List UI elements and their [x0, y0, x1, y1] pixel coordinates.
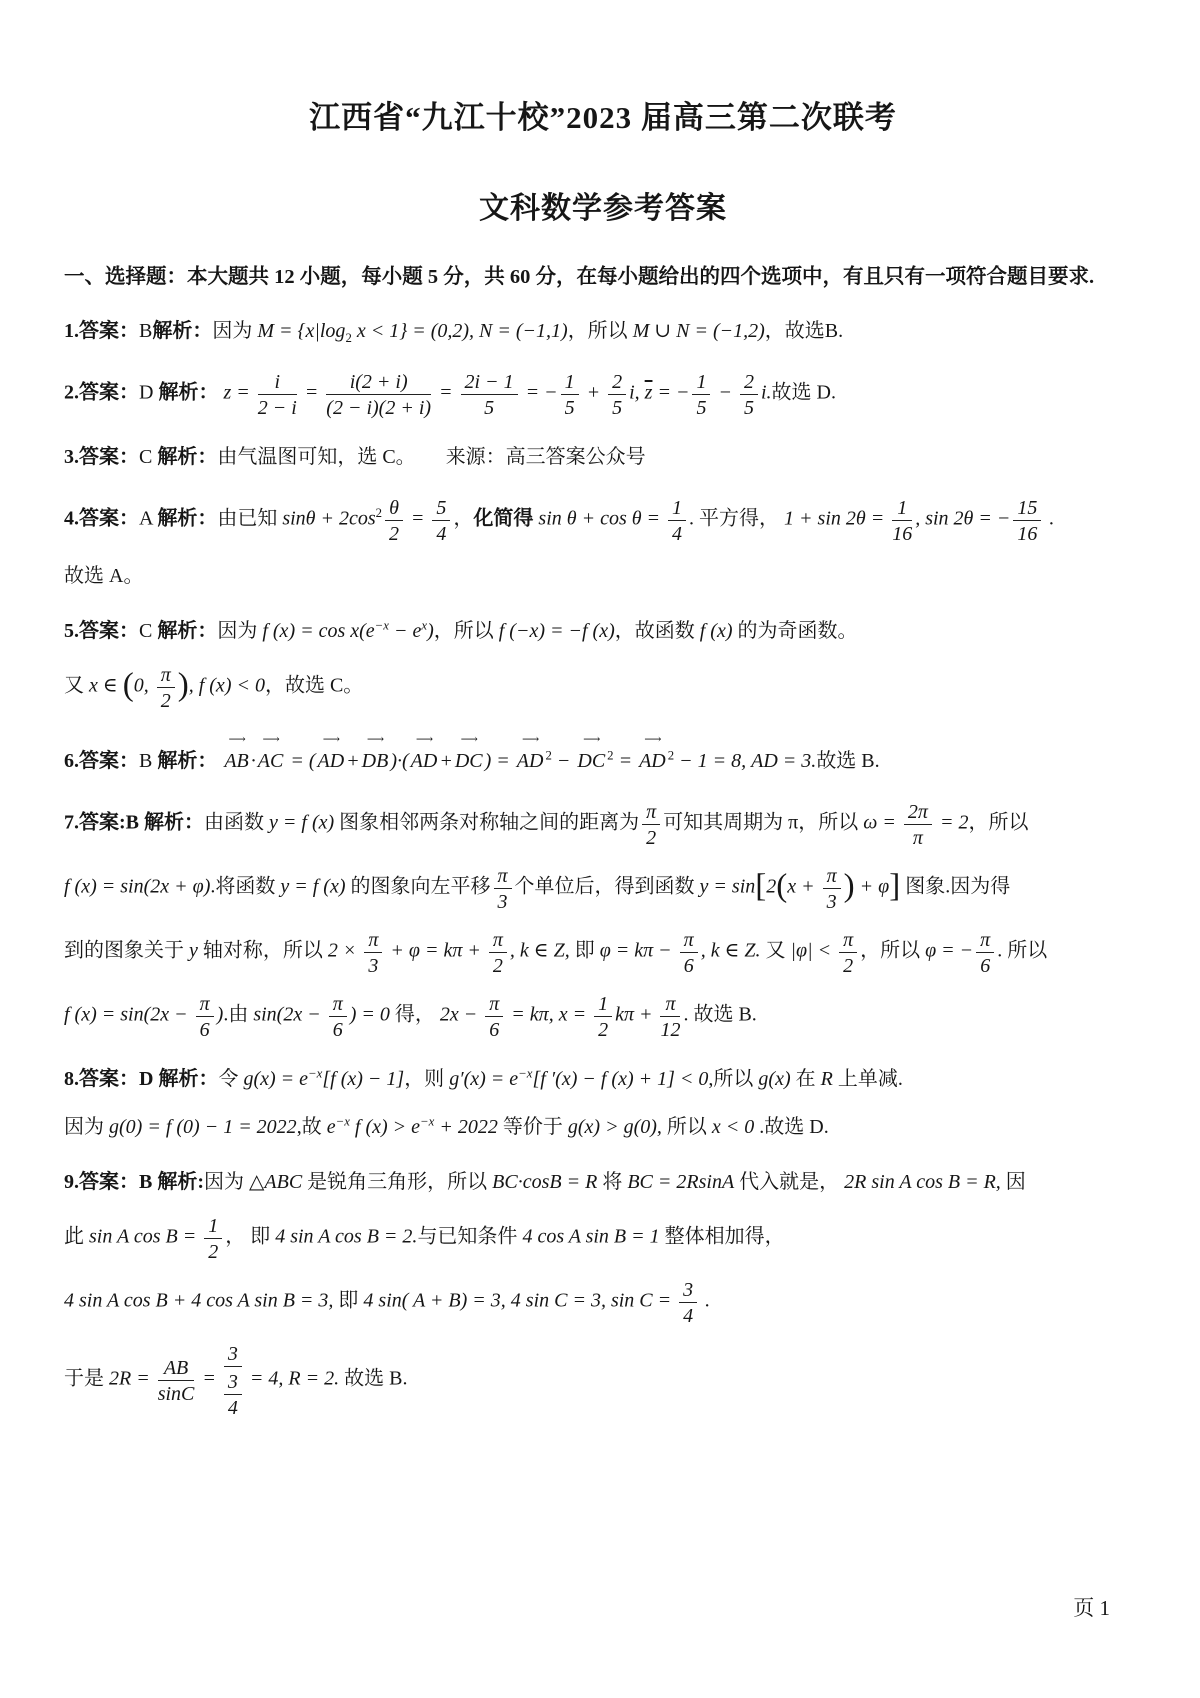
- frac-num: 15: [1013, 497, 1041, 522]
- text-run: ，故函数: [615, 620, 700, 642]
- item-label: 8.答案：: [64, 1068, 139, 1090]
- frac: 15: [692, 371, 710, 419]
- text-run: ,所以: [708, 1068, 758, 1090]
- math-run: f (−x) = −f (x): [499, 620, 615, 642]
- frac: 25: [608, 371, 626, 419]
- math-run: y: [189, 939, 198, 961]
- frac-den: 5: [461, 395, 518, 419]
- frac-den: 2 − i: [258, 395, 297, 419]
- math-run: AD: [318, 750, 345, 772]
- math-run: + φ: [855, 875, 890, 897]
- frac-den: 5: [561, 395, 579, 419]
- math-run: 0,: [134, 674, 154, 696]
- text-run: ，所以: [568, 320, 633, 342]
- frac: π6: [976, 929, 994, 977]
- frac-den: 2: [489, 953, 507, 977]
- frac: π6: [485, 993, 503, 1041]
- math-run: =: [614, 750, 638, 772]
- math-run: +: [346, 750, 360, 772]
- frac: 14: [668, 497, 686, 545]
- math-run: = −: [652, 381, 689, 403]
- math-run: DB: [362, 750, 389, 772]
- frac: i2 − i: [258, 371, 297, 419]
- big-paren: ): [844, 868, 855, 904]
- item-5-line-2: 又 x ∈ (0, π2), f (x) < 0，故选 C。: [64, 663, 1142, 711]
- text-run: 等价于: [498, 1116, 568, 1138]
- vector: ⟶DC: [455, 734, 483, 777]
- math-run: ) = 0: [350, 1003, 390, 1025]
- text-run: 由函数: [204, 811, 269, 833]
- text-run: 所以: [662, 1116, 712, 1138]
- section-header: 一、选择题：本大题共 12 小题，每小题 5 分，共 60 分，在每小题给出的四…: [64, 263, 1142, 292]
- big-paren: (: [776, 868, 787, 904]
- frac: 12: [204, 1215, 222, 1263]
- frac-num: 3: [224, 1371, 242, 1396]
- math-run: z =: [223, 381, 254, 403]
- frac-num: i: [258, 371, 297, 396]
- frac-num: π: [976, 929, 994, 954]
- math-run: = 2: [935, 811, 969, 833]
- math-run: 2R sin A cos B = R,: [844, 1171, 1001, 1193]
- analysis-label: 解析:: [157, 1171, 204, 1193]
- frac: π12: [660, 993, 680, 1041]
- frac-den: 2: [642, 825, 660, 849]
- text-run: 的图象向左平移: [346, 875, 491, 897]
- text-run: ，故选 C。: [265, 674, 363, 696]
- math-run: .: [700, 1289, 710, 1311]
- text-run: 的为奇函数。: [733, 620, 858, 642]
- math-run: R: [821, 1068, 833, 1090]
- frac-den: 2: [157, 688, 175, 712]
- item-9-line-2: 此 sin A cos B = 12， 即 4 sin A cos B = 2.…: [64, 1214, 1142, 1262]
- text-run: 由已知: [217, 507, 282, 529]
- math-run: − 1 = 8, AD = 3.: [674, 750, 816, 772]
- frac-den: 6: [485, 1017, 503, 1041]
- document-page: 江西省“九江十校”2023 届高三第二次联考 文科数学参考答案 一、选择题：本大…: [0, 0, 1200, 1698]
- math-run: ·: [251, 750, 256, 772]
- math-run: −: [552, 750, 576, 772]
- vector: ⟶AD: [639, 734, 666, 777]
- frac-num: 3: [679, 1279, 697, 1304]
- frac-num: 1: [594, 993, 612, 1018]
- frac: 25: [740, 371, 758, 419]
- frac-num: 2: [740, 371, 758, 396]
- frac: π2: [489, 929, 507, 977]
- vector-arrow-icon: ⟶: [228, 730, 244, 749]
- analysis-label: 解析：: [158, 381, 218, 403]
- item-4-line-1: 4.答案：A 解析：由已知 sinθ + 2cos2θ2 = 54，化简得 si…: [64, 496, 1142, 544]
- frac-den: 12: [660, 1017, 680, 1041]
- frac: π6: [329, 993, 347, 1041]
- math-run: g(x): [758, 1068, 790, 1090]
- vector-arrow-icon: ⟶: [262, 730, 278, 749]
- sup-exp: −x: [518, 1066, 532, 1080]
- frac-num: 1: [204, 1215, 222, 1240]
- math-run: M ∪ N = (−1,2): [633, 320, 765, 342]
- frac-den: 2: [204, 1239, 222, 1263]
- frac-num: π: [329, 993, 347, 1018]
- math-run: g(x) > g(0),: [568, 1116, 662, 1138]
- frac-den: π: [904, 825, 932, 849]
- frac-den: 2: [839, 953, 857, 977]
- text-run: 即: [570, 939, 600, 961]
- vector: ⟶AC: [258, 734, 284, 777]
- item-label: 9.答案：: [64, 1171, 139, 1193]
- frac: 34: [679, 1279, 697, 1327]
- math-run: kπ +: [615, 1003, 657, 1025]
- item-5-line-1: 5.答案：C 解析：因为 f (x) = cos x(e−x − ex)，所以 …: [64, 615, 1142, 647]
- item-3: 3.答案：C 解析：由气温图可知，选 C。来源：高三答案公众号: [64, 441, 1142, 473]
- math-run: −: [713, 381, 737, 403]
- text-run: .故选 D.: [754, 1116, 828, 1138]
- math-run: AD: [411, 750, 438, 772]
- frac: 334: [224, 1343, 242, 1419]
- math-run: + 2022: [434, 1116, 498, 1138]
- math-run: +: [582, 381, 606, 403]
- vector-arrow-icon: ⟶: [323, 730, 339, 749]
- frac-den: 4: [679, 1303, 697, 1327]
- big-paren: (: [123, 667, 134, 703]
- text-run: 上单减.: [833, 1068, 903, 1090]
- answer-letter: C: [139, 620, 157, 642]
- math-run: M = {x|log: [257, 320, 345, 342]
- frac-num: π: [660, 993, 680, 1018]
- frac-num: π: [823, 865, 841, 890]
- answer-letter: C: [139, 446, 157, 468]
- text-run: 个单位后，得到函数: [515, 875, 700, 897]
- text-run: 又: [761, 939, 791, 961]
- math-run: sin(2x −: [253, 1003, 325, 1025]
- text-run: 可知其周期为 π，所以: [663, 811, 863, 833]
- text-run: 故选 A。: [64, 565, 143, 587]
- text-run: 在: [791, 1068, 821, 1090]
- text-run: 图象.因为得: [900, 875, 1010, 897]
- frac: ABsinC: [158, 1357, 195, 1405]
- frac: 116: [892, 497, 912, 545]
- math-run: , f (x) < 0: [189, 674, 265, 696]
- frac-num: π: [485, 993, 503, 1018]
- frac-num: θ: [385, 497, 403, 522]
- text-run: ，: [453, 507, 473, 529]
- item-label: 4.答案：: [64, 507, 139, 529]
- big-paren: ): [178, 667, 189, 703]
- frac: 12: [594, 993, 612, 1041]
- math-run: BC·cosB = R: [492, 1171, 597, 1193]
- item-label: 7.答案:: [64, 811, 126, 833]
- item-7-line-4: f (x) = sin(2x − π6).由 sin(2x − π6) = 0 …: [64, 992, 1142, 1040]
- math-run: g(x) = e: [243, 1068, 308, 1090]
- text-run: 因为: [204, 1171, 249, 1193]
- frac-num: π: [364, 929, 382, 954]
- text-run: 整体相加得，: [660, 1225, 785, 1247]
- text-run: .将函数: [210, 875, 280, 897]
- math-run: sin A cos B =: [89, 1225, 201, 1247]
- math-run: − e: [389, 620, 421, 642]
- frac-den: 5: [608, 395, 626, 419]
- math-run: 4 sin A cos B + 4 cos A sin B = 3,: [64, 1289, 333, 1311]
- text-run: . 所以: [997, 939, 1047, 961]
- frac-den: 4: [668, 521, 686, 545]
- math-run: + φ = kπ +: [385, 939, 485, 961]
- sup-exp: −x: [336, 1114, 350, 1128]
- sup-exp: −x: [308, 1066, 322, 1080]
- math-run: =: [406, 507, 430, 529]
- page-number: 页 1: [1073, 1592, 1110, 1622]
- frac: π2: [157, 664, 175, 712]
- math-run: [f ′(x) − f (x) + 1] < 0: [532, 1068, 708, 1090]
- item-7-line-1: 7.答案:B 解析：由函数 y = f (x) 图象相邻两条对称轴之间的距离为π…: [64, 800, 1142, 848]
- frac-den: 16: [1013, 521, 1041, 545]
- text-run: ，所以: [860, 939, 925, 961]
- text-run: 到的图象关于: [64, 939, 189, 961]
- sup-exp: −x: [420, 1114, 434, 1128]
- text-run: ，所以: [434, 620, 499, 642]
- item-6: 6.答案：B 解析： ⟶AB·⟶AC = (⟶AD+⟶DB)·(⟶AD+⟶DC)…: [64, 734, 1142, 777]
- math-run: )·(: [390, 750, 408, 772]
- math-run: 4 sin( A + B) = 3, 4 sin C = 3, sin C =: [363, 1289, 676, 1311]
- analysis-label: 解析：: [158, 1068, 218, 1090]
- vector: ⟶AB: [224, 734, 248, 777]
- text-run: 因为: [212, 320, 257, 342]
- text-run: 是锐角三角形，所以: [302, 1171, 492, 1193]
- item-7-line-2: f (x) = sin(2x + φ).将函数 y = f (x) 的图象向左平…: [64, 864, 1142, 912]
- text-run: ，则: [404, 1068, 449, 1090]
- text-run: 与已知条件: [417, 1225, 522, 1247]
- math-run: φ = kπ −: [600, 939, 677, 961]
- math-run: △ABC: [249, 1171, 302, 1193]
- frac-den: sinC: [158, 1381, 195, 1405]
- frac: 2i − 15: [461, 371, 518, 419]
- item-label: 3.答案：: [64, 446, 139, 468]
- frac: θ2: [385, 497, 403, 545]
- item-1: 1.答案：B解析：因为 M = {x|log2 x < 1} = (0,2), …: [64, 315, 1142, 347]
- text-run: 得，: [390, 1003, 440, 1025]
- answer-letter: D: [139, 381, 158, 403]
- math-run: BC = 2RsinA: [627, 1171, 734, 1193]
- math-run: =: [197, 1367, 221, 1389]
- math-run: sin θ + cos θ =: [533, 507, 665, 529]
- analysis-label: 解析：: [157, 620, 217, 642]
- math-run: i,: [629, 381, 645, 403]
- item-9-line-1: 9.答案：B 解析:因为 △ABC 是锐角三角形，所以 BC·cosB = R …: [64, 1166, 1142, 1198]
- math-run: f (x) = sin(2x + φ): [64, 875, 210, 897]
- math-run: .: [1044, 507, 1054, 529]
- text-run: 故选 B.: [339, 1367, 407, 1389]
- answer-letter: A: [139, 507, 157, 529]
- math-run: ): [427, 620, 434, 642]
- text-run: ， 即: [225, 1225, 275, 1247]
- text-run: 令: [218, 1068, 243, 1090]
- math-run: [f (x) − 1]: [322, 1068, 404, 1090]
- math-run: f (x) = sin(2x −: [64, 1003, 193, 1025]
- text-run: 轴对称，所以: [198, 939, 328, 961]
- text-run: 由气温图可知，选 C。: [217, 446, 415, 468]
- text-run: ，所以: [968, 811, 1028, 833]
- frac-den: 5: [692, 395, 710, 419]
- vector-arrow-icon: ⟶: [583, 730, 599, 749]
- doc-subtitle: 文科数学参考答案: [64, 183, 1142, 227]
- text-run: 因: [1001, 1171, 1026, 1193]
- answer-letter: B: [139, 320, 152, 342]
- text-run: ,故: [297, 1116, 327, 1138]
- math-run: +: [439, 750, 453, 772]
- frac: i(2 + i)(2 − i)(2 + i): [326, 371, 431, 419]
- item-2: 2.答案：D 解析： z = i2 − i = i(2 + i)(2 − i)(…: [64, 370, 1142, 418]
- vector: ⟶AD: [318, 734, 345, 777]
- math-run: 4 sin A cos B = 2.: [275, 1225, 417, 1247]
- frac: π3: [364, 929, 382, 977]
- math-run: AD: [639, 750, 666, 772]
- math-run: =: [300, 381, 324, 403]
- frac: π3: [823, 865, 841, 913]
- text-run: . 故选 B.: [683, 1003, 756, 1025]
- math-run: g′(x) = e: [449, 1068, 518, 1090]
- math-run: DC: [455, 750, 483, 772]
- frac: π6: [196, 993, 214, 1041]
- frac-den: 4: [224, 1395, 242, 1419]
- math-run: f (x) = cos x(e: [262, 620, 374, 642]
- frac-num: AB: [158, 1357, 195, 1382]
- text-run: 因为: [217, 620, 262, 642]
- frac-num: 2i − 1: [461, 371, 518, 396]
- frac-den: 34: [224, 1367, 242, 1419]
- frac-den: 3: [494, 889, 512, 913]
- math-run: y = f (x): [280, 875, 345, 897]
- vector: ⟶AD: [411, 734, 438, 777]
- frac-num: π: [642, 801, 660, 826]
- math-run: 2R =: [109, 1367, 155, 1389]
- vector-arrow-icon: ⟶: [644, 730, 660, 749]
- frac: π2: [642, 801, 660, 849]
- frac: 54: [432, 497, 450, 545]
- analysis-label: 解析：: [152, 320, 212, 342]
- analysis-label: 解析：: [157, 750, 217, 772]
- text-run: . 平方得，: [689, 507, 784, 529]
- analysis-label: 解析：: [157, 446, 217, 468]
- item-4-line-2: 故选 A。: [64, 560, 1142, 592]
- math-run: AC: [258, 750, 284, 772]
- frac-num: 2: [608, 371, 626, 396]
- text-run: 故选 D.: [772, 381, 836, 403]
- frac-den: 2: [385, 521, 403, 545]
- sup-exp: −x: [375, 618, 389, 632]
- text-run: 又: [64, 674, 89, 696]
- frac: 1516: [1013, 497, 1041, 545]
- math-run: 2 ×: [328, 939, 362, 961]
- math-run: y = sin: [700, 875, 756, 897]
- math-run: f (x) > e: [350, 1116, 420, 1138]
- frac: π3: [494, 865, 512, 913]
- item-label: 6.答案：: [64, 750, 139, 772]
- answer-letter: D: [139, 1068, 158, 1090]
- math-run: y = f (x): [269, 811, 334, 833]
- math-run: = kπ, x =: [506, 1003, 591, 1025]
- frac-num: π: [157, 664, 175, 689]
- frac-num: π: [680, 929, 698, 954]
- text-run: 此: [64, 1225, 89, 1247]
- vector: ⟶DB: [362, 734, 389, 777]
- frac-num: π: [839, 929, 857, 954]
- source-note: 来源：高三答案公众号: [446, 446, 646, 468]
- text-run: 将: [597, 1171, 627, 1193]
- item-label: 1.答案：: [64, 320, 139, 342]
- frac-den: 3: [823, 889, 841, 913]
- frac-num: 1: [668, 497, 686, 522]
- text-run: 于是: [64, 1367, 109, 1389]
- frac: 2ππ: [904, 801, 932, 849]
- frac: 15: [561, 371, 579, 419]
- math-run: e: [327, 1116, 336, 1138]
- answer-letter: B: [126, 811, 144, 833]
- frac-den: 2: [594, 1017, 612, 1041]
- math-run: g(0) = f (0) − 1 = 2022: [109, 1116, 297, 1138]
- math-run: , k ∈ Z.: [701, 939, 761, 961]
- math-run: f (x): [700, 620, 733, 642]
- frac-den: 6: [196, 1017, 214, 1041]
- frac-den: 16: [892, 521, 912, 545]
- frac-den: 6: [329, 1017, 347, 1041]
- item-9-line-4: 于是 2R = ABsinC = 334 = 4, R = 2. 故选 B.: [64, 1342, 1142, 1418]
- math-run: ω =: [863, 811, 901, 833]
- vector: ⟶DC: [577, 734, 605, 777]
- math-run: |φ| <: [791, 939, 837, 961]
- frac: π6: [680, 929, 698, 977]
- vector: ⟶AD: [517, 734, 544, 777]
- text-run: ，故选B.: [765, 320, 843, 342]
- text-run-bold: 化简得: [473, 507, 533, 529]
- math-run: 1 + sin 2θ =: [784, 507, 889, 529]
- sup-exp: 2: [376, 506, 382, 520]
- frac-den: 3: [364, 953, 382, 977]
- text-run: 图象相邻两条对称轴之间的距离为: [334, 811, 639, 833]
- frac-num: 2π: [904, 801, 932, 826]
- item-8-line-1: 8.答案：D 解析：令 g(x) = e−x[f (x) − 1]，则 g′(x…: [64, 1063, 1142, 1095]
- vector-arrow-icon: ⟶: [461, 730, 477, 749]
- vector-arrow-icon: ⟶: [522, 730, 538, 749]
- math-run: DC: [577, 750, 605, 772]
- math-run: AD: [517, 750, 544, 772]
- frac-den: 6: [976, 953, 994, 977]
- nested-frac: 34: [224, 1371, 242, 1419]
- answer-letter: B: [139, 750, 157, 772]
- frac-num: 1: [892, 497, 912, 522]
- text-run: 因为: [64, 1116, 109, 1138]
- math-run: 2x −: [440, 1003, 482, 1025]
- frac-num: π: [196, 993, 214, 1018]
- math-run: ) =: [485, 750, 515, 772]
- frac-num: π: [489, 929, 507, 954]
- frac-den: 5: [740, 395, 758, 419]
- frac-num: 3: [224, 1343, 242, 1368]
- big-bracket: [: [755, 868, 766, 904]
- doc-title: 江西省“九江十校”2023 届高三第二次联考: [64, 92, 1142, 137]
- math-run: i.: [761, 381, 772, 403]
- frac-num: 1: [692, 371, 710, 396]
- math-run: , sin 2θ = −: [915, 507, 1010, 529]
- text-run: 代入就是，: [734, 1171, 844, 1193]
- math-run: , k ∈ Z,: [510, 939, 570, 961]
- vector-arrow-icon: ⟶: [416, 730, 432, 749]
- frac-num: π: [494, 865, 512, 890]
- vector-arrow-icon: ⟶: [367, 730, 383, 749]
- math-run: = 4, R = 2.: [245, 1367, 339, 1389]
- frac-num: 1: [561, 371, 579, 396]
- frac-num: i(2 + i): [326, 371, 431, 396]
- frac: π2: [839, 929, 857, 977]
- text-run: 即: [333, 1289, 363, 1311]
- math-run: AB: [224, 750, 248, 772]
- frac-den: (2 − i)(2 + i): [326, 395, 431, 419]
